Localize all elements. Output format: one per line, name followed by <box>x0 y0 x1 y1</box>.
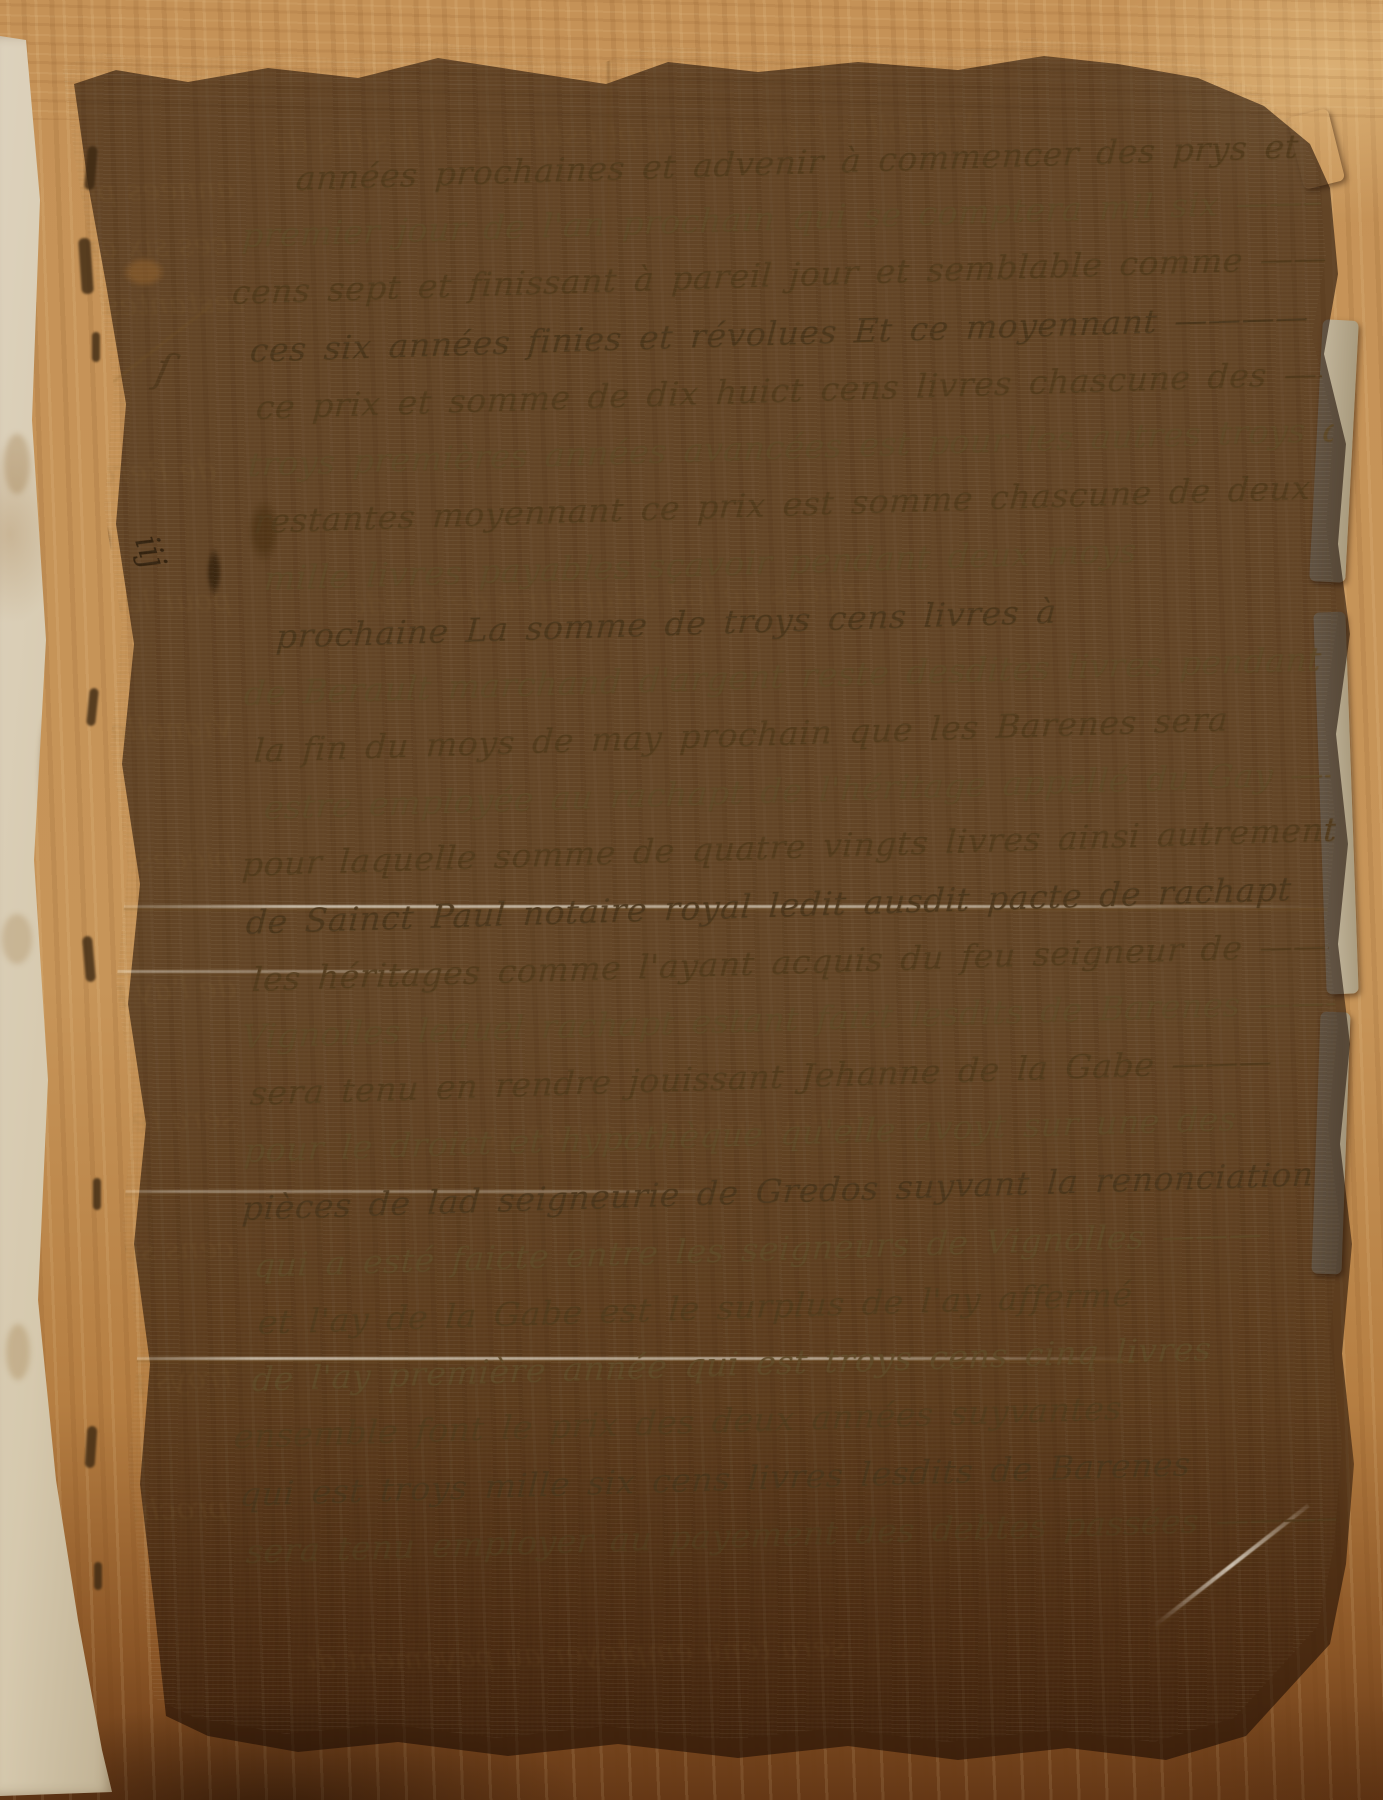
bleedthrough-text: sera tenu employer au payement des debte… <box>306 1630 847 1681</box>
manuscript-line: restantes moyennant ce prix est somme ch… <box>253 471 1312 538</box>
manuscript-line: sera tenu employer au payement des debte… <box>245 1499 1351 1568</box>
bleedthrough-smear <box>4 434 30 494</box>
manuscript-line: qui a esté faicte entre les seigneurs de… <box>253 1216 1263 1282</box>
manuscript-line: pour le droict et hypothèque qu'elle avo… <box>243 1102 1237 1167</box>
manuscript-line: prochaine La somme de troys cens livres … <box>275 594 1057 652</box>
binding-stitch <box>93 1178 101 1210</box>
manuscript-line: de l'ay première année qui est troys cen… <box>251 1332 1212 1396</box>
manuscript-line: de Berault marchand d'argent reste desdi… <box>243 642 1322 710</box>
manuscript-line: qui est troys mille six cens livres lesd… <box>239 1447 1192 1511</box>
manuscript-line: ces six années finies et révolues Et ce … <box>249 299 1310 366</box>
manuscript-line: ensemble font le prix des deux années su… <box>233 1392 1123 1454</box>
manuscript-line: la fin du moys de may prochain que les B… <box>253 702 1229 767</box>
manuscript-line: et l'ay de la Gabe est le surplus de l'a… <box>257 1278 1133 1339</box>
binding-stitch <box>92 332 100 362</box>
manuscript-line: sera tenu en rendre jouissant Jehanne de… <box>249 1044 1273 1110</box>
manuscript-line: pièces de lad seigneurie de Gredos suyva… <box>241 1157 1315 1225</box>
binding-stitch <box>94 1562 102 1590</box>
manuscript-line: mille livres payables sçavoir pendant de… <box>263 534 1138 595</box>
bleedthrough-smear <box>2 914 32 964</box>
writing-area: années prochaines et advenir à commencer… <box>46 26 1350 1774</box>
manuscript-line: de Sainct Paul notaire royal ledit ausdi… <box>245 872 1292 939</box>
bleedthrough-smear <box>6 1324 30 1380</box>
manuscript-line: cens sept et finissant à pareil jour et … <box>231 240 1362 310</box>
manuscript-page: ſ iij années prochaines et advenir à com… <box>46 26 1350 1774</box>
photo-canvas: { "scene": { "setting": "early-modern Fr… <box>0 0 1383 1800</box>
